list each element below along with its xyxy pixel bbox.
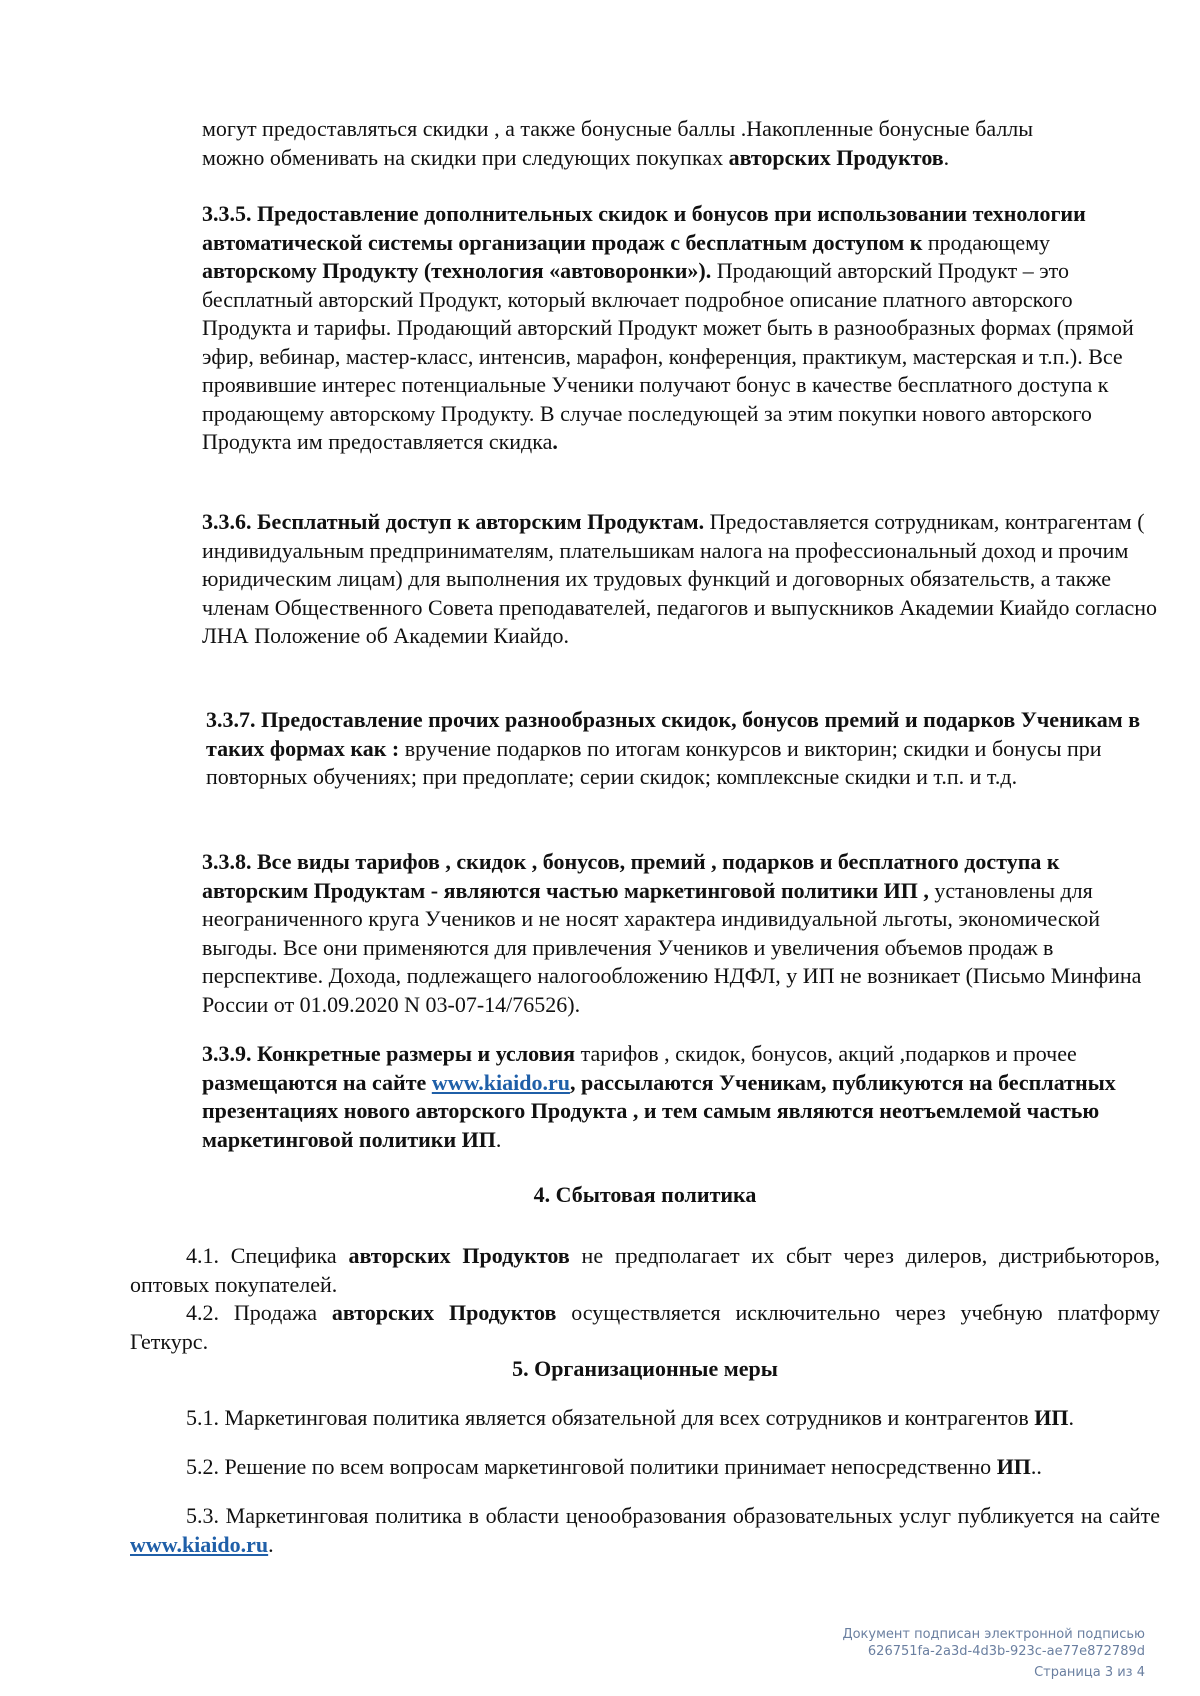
document-page: могут предоставляться скидки , а также б… <box>0 0 1200 1696</box>
clause-5-1: 5.1. Маркетинговая политика является обя… <box>130 1404 1160 1433</box>
signature-footer: Документ подписан электронной подписью 6… <box>842 1626 1145 1681</box>
clause-3-3-7: 3.3.7. Предоставление прочих разнообразн… <box>206 706 1164 792</box>
clause-3-3-5: 3.3.5. Предоставление дополнительных ски… <box>202 200 1160 457</box>
intro-paragraph: могут предоставляться скидки , а также б… <box>202 115 1160 172</box>
clause-5-3: 5.3. Маркетинговая политика в области це… <box>130 1502 1160 1559</box>
clause-4-2: 4.2. Продажа авторских Продуктов осущест… <box>130 1299 1160 1356</box>
clause-4-1: 4.1. Специфика авторских Продуктов не пр… <box>130 1242 1160 1299</box>
signature-id: 626751fa-2a3d-4d3b-923c-ae77e872789d <box>842 1643 1145 1660</box>
page-number: Страница 3 из 4 <box>842 1664 1145 1681</box>
clause-3-3-8: 3.3.8. Все виды тарифов , скидок , бонус… <box>202 848 1160 1019</box>
signature-notice: Документ подписан электронной подписью <box>842 1626 1145 1643</box>
kiaido-link[interactable]: www.kiaido.ru <box>432 1070 570 1095</box>
clause-5-2: 5.2. Решение по всем вопросам маркетинго… <box>130 1453 1160 1482</box>
kiaido-link-footer[interactable]: www.kiaido.ru <box>130 1532 268 1557</box>
section-5-title: 5. Организационные меры <box>130 1356 1160 1382</box>
clause-3-3-9: 3.3.9. Конкретные размеры и условия тари… <box>202 1040 1160 1154</box>
clause-3-3-6: 3.3.6. Бесплатный доступ к авторским Про… <box>202 508 1160 651</box>
section-4-title: 4. Сбытовая политика <box>130 1182 1160 1208</box>
